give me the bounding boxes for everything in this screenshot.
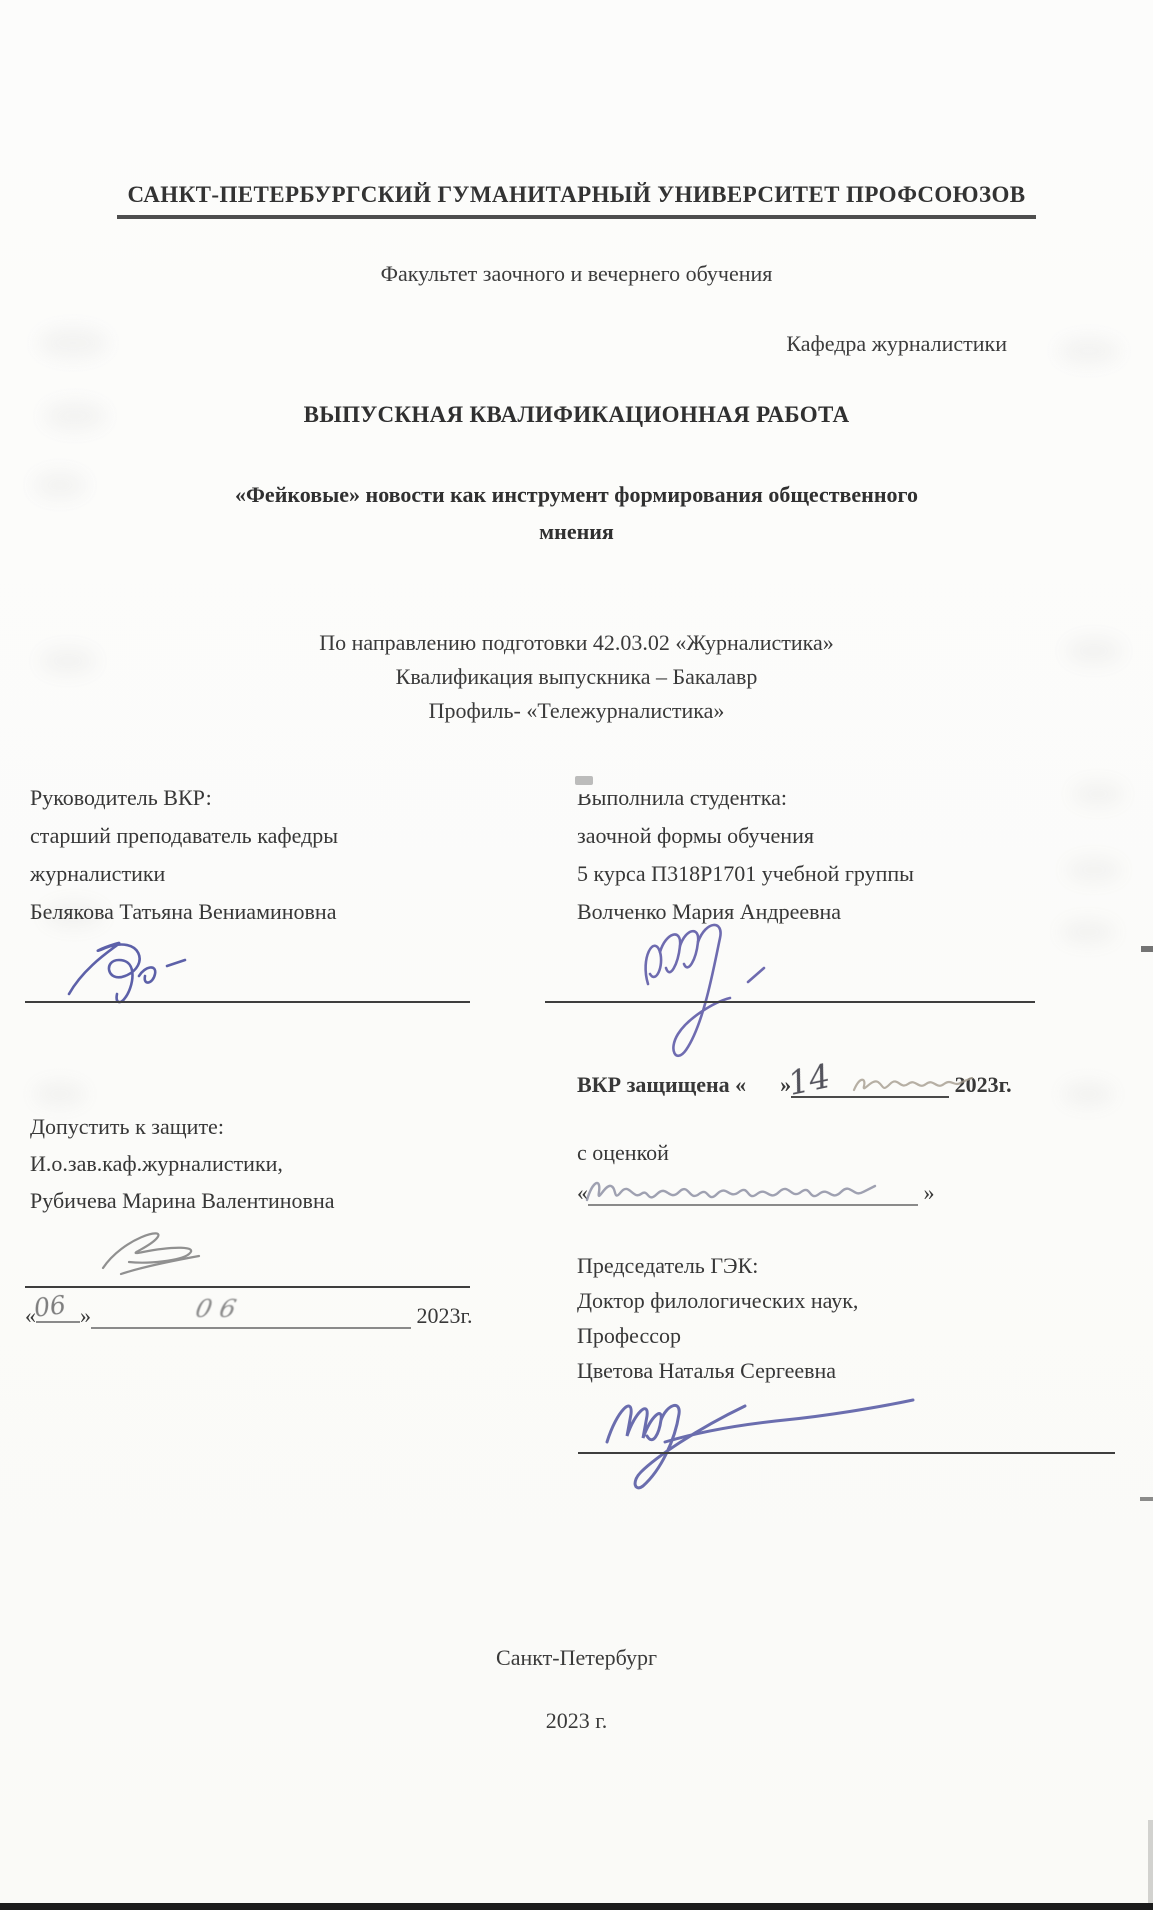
admission-heading: Допустить к защите:	[30, 1108, 334, 1145]
scan-bottom-bar	[0, 1903, 1153, 1910]
student-signature-handwriting	[630, 918, 870, 1078]
admission-line1: И.о.зав.каф.журналистики,	[30, 1145, 334, 1182]
supervisor-signature-line	[25, 1001, 470, 1003]
profile-line: Профиль- «Тележурналистика»	[0, 694, 1153, 728]
program-block: По направлению подготовки 42.03.02 «Журн…	[0, 626, 1153, 728]
faculty-line: Факультет заочного и вечернего обучения	[0, 261, 1153, 287]
committee-block: Председатель ГЭК: Доктор филологических …	[577, 1248, 858, 1388]
scan-smudge	[1058, 338, 1120, 364]
defense-month-handwriting-scribble	[850, 1072, 980, 1098]
admission-signature-handwriting	[95, 1222, 295, 1292]
supervisor-position-line2: журналистики	[30, 855, 565, 893]
defense-quote-open: «	[735, 1072, 746, 1097]
committee-line1: Доктор филологических наук,	[577, 1283, 858, 1318]
footer-year: 2023 г.	[0, 1708, 1153, 1734]
student-line1: заочной формы обучения	[577, 817, 1137, 855]
committee-heading: Председатель ГЭК:	[577, 1248, 858, 1283]
scanned-thesis-title-page: САНКТ-ПЕТЕРБУРГСКИЙ ГУМАНИТАРНЫЙ УНИВЕРС…	[0, 0, 1153, 1910]
university-title-text: САНКТ-ПЕТЕРБУРГСКИЙ ГУМАНИТАРНЫЙ УНИВЕРС…	[117, 182, 1035, 219]
footer-city: Санкт-Петербург	[0, 1645, 1153, 1671]
student-signature-line	[545, 1001, 1035, 1003]
admission-signature-line	[25, 1286, 470, 1288]
defense-label: ВКР защищена	[577, 1072, 730, 1097]
scan-smudge	[1062, 1082, 1114, 1106]
grade-label: с оценкой	[577, 1140, 669, 1166]
supervisor-heading: Руководитель ВКР:	[30, 779, 565, 817]
thesis-title: «Фейковые» новости как инструмент формир…	[0, 476, 1153, 550]
scan-smudge	[34, 1082, 86, 1106]
committee-line2: Профессор	[577, 1318, 858, 1353]
chair-signature-line	[578, 1452, 1115, 1454]
scan-edge-mark	[1141, 946, 1153, 952]
admission-name: Рубичева Марина Валентиновна	[30, 1182, 334, 1219]
thesis-title-line2: мнения	[0, 513, 1153, 550]
scan-edge-mark	[1140, 1497, 1153, 1501]
admission-month-handwriting: 06	[193, 1294, 247, 1323]
supervisor-block: Руководитель ВКР: старший преподаватель …	[30, 779, 565, 931]
direction-line: По направлению подготовки 42.03.02 «Журн…	[0, 626, 1153, 660]
qualification-line: Квалификация выпускника – Бакалавр	[0, 660, 1153, 694]
admission-block: Допустить к защите: И.о.зав.каф.журналис…	[30, 1108, 334, 1219]
admission-day-handwriting: 06	[32, 1290, 67, 1323]
department-line: Кафедра журналистики	[0, 331, 1007, 357]
admission-quote-close: »	[80, 1303, 91, 1328]
university-title: САНКТ-ПЕТЕРБУРГСКИЙ ГУМАНИТАРНЫЙ УНИВЕРС…	[0, 182, 1153, 219]
student-heading: Выполнила студентка:	[577, 779, 1137, 817]
admission-month-line	[91, 1303, 411, 1329]
work-type-title: ВЫПУСКНАЯ КВАЛИФИКАЦИОННАЯ РАБОТА	[0, 402, 1153, 428]
grade-handwriting-scribble	[585, 1174, 885, 1210]
supervisor-signature-handwriting	[55, 932, 275, 1012]
scan-edge-strip	[1148, 1820, 1153, 1905]
grade-quote-close: »	[924, 1180, 935, 1205]
admission-year: 2023г.	[417, 1303, 473, 1328]
student-line2: 5 курса П318Р1701 учебной группы	[577, 855, 1137, 893]
thesis-title-line1: «Фейковые» новости как инструмент формир…	[0, 476, 1153, 513]
supervisor-name: Белякова Татьяна Вениаминовна	[30, 893, 565, 931]
student-block: Выполнила студентка: заочной формы обуче…	[577, 779, 1137, 931]
supervisor-position-line1: старший преподаватель кафедры	[30, 817, 565, 855]
admission-date-row: «» 2023г.	[25, 1303, 473, 1329]
committee-chair-signature-handwriting	[595, 1378, 925, 1518]
